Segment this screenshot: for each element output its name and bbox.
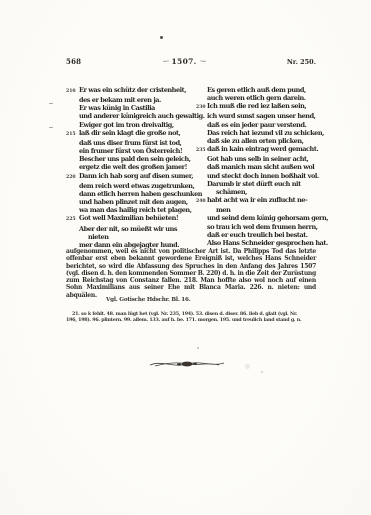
verse-text: so trau ich wol dem frumen herrn, <box>207 223 318 231</box>
verse-line: Got hab uns selb in seiner acht, <box>196 155 316 163</box>
verse-line-number <box>66 233 79 241</box>
verse-line: Also Hans Schneider gesprochen hat. <box>196 239 316 247</box>
scan-speck <box>261 371 263 373</box>
verse-line: daß sie zu allen orten plicken, <box>196 137 316 145</box>
scan-speck <box>160 36 163 39</box>
verse-line: 235daß in kain eintrag werd gemacht. <box>196 145 316 155</box>
verse-line: ich wurd sunst sagen unser hend, <box>196 112 316 120</box>
verse-text: Ich muß die red iez laßen sein, <box>207 102 306 112</box>
verse-line-number <box>196 112 207 120</box>
verse-line: so trau ich wol dem frumen herrn, <box>196 223 316 231</box>
verse-line: Er was künig in Castilia <box>66 104 196 112</box>
verse-text: daß es ein jeder paur verstend. <box>207 121 306 129</box>
poem-column-left: 210Er was ein schütz der cristenheit,des… <box>66 86 196 249</box>
verse-text: auch weren etlich gern darein. <box>207 94 306 102</box>
verse-text: dann etlich herren haben geschunken <box>79 190 202 198</box>
verse-text: Er was künig in Castilia <box>79 104 155 112</box>
verse-line: daß es ein jeder paur verstend. <box>196 121 316 129</box>
verse-text: Es geren etlich auß dem pund, <box>207 86 306 94</box>
verse-line: und steckt doch innen boßhait vol. <box>196 172 316 180</box>
verse-text: daß sie zu allen orten plicken, <box>207 137 303 145</box>
verse-text: ich wurd sunst sagen unser hend, <box>207 112 315 120</box>
verse-text: dem reich werd etwas zugetrunken, <box>79 182 194 190</box>
verse-line-number <box>66 147 79 155</box>
verse-line: auch weren etlich gern darein. <box>196 94 316 102</box>
verse-line-number <box>196 94 207 102</box>
verse-line-number <box>196 129 207 137</box>
verse-line-number: 225 <box>66 214 79 224</box>
verse-line: ergetz die welt des großen jamer! <box>66 163 196 171</box>
verse-line: Bescher uns pald den sein geleich, <box>66 155 196 163</box>
verse-line-number: 210 <box>66 86 79 96</box>
verse-text: Das reich hat iezund vil zu schicken, <box>207 129 324 137</box>
verse-text: nieten <box>79 233 109 241</box>
verse-text: wa man das hailig reich tet plagen, <box>79 206 192 214</box>
verse-line: Das reich hat iezund vil zu schicken, <box>196 129 316 137</box>
verse-text: schämen, <box>207 188 247 196</box>
verse-text: daß er euch treulich bei bestat. <box>207 231 308 239</box>
verse-line-number <box>66 104 79 112</box>
verse-line: men <box>196 206 316 214</box>
verse-text: Dann ich hab sorg auf disen sumer, <box>79 172 193 182</box>
footnote-line: 196, 198). 96. plintern. 99. allem. 133.… <box>66 317 316 323</box>
margin-mark <box>49 127 53 128</box>
verse-line-number <box>66 155 79 163</box>
verse-text: des er bekam mit eren ja. <box>79 96 161 104</box>
verse-line: dann etlich herren haben geschunken <box>66 190 196 198</box>
header-ornament-right-icon: ◦∽ <box>199 59 205 65</box>
verse-line: wa man das hailig reich tet plagen, <box>66 206 196 214</box>
verse-text: Darumb ir stet dürft euch nit <box>207 180 301 188</box>
scan-speck <box>245 364 250 369</box>
page-number: 568 <box>66 57 81 66</box>
verse-line-number <box>66 190 79 198</box>
verse-line: daß uns diser frum fürst ist tod, <box>66 139 196 147</box>
verse-line: und anderer künigreich auch gewaltig. <box>66 112 196 120</box>
verse-line: 215laß dir sein klagt die große not, <box>66 129 196 139</box>
verse-line-number <box>196 163 207 171</box>
verse-text: Got well Maximilian behüeten! <box>79 214 178 224</box>
verse-line-number: 230 <box>196 102 207 112</box>
verse-line-number <box>196 239 207 247</box>
verse-line-number <box>196 180 207 188</box>
poem-columns: 210Er was ein schütz der cristenheit,des… <box>66 86 316 249</box>
verse-line-number <box>196 137 207 145</box>
verse-text: Also Hans Schneider gesprochen hat. <box>207 239 328 247</box>
verse-line-number: 235 <box>196 145 207 155</box>
verse-line-number: 240 <box>196 196 207 206</box>
verse-line: dem reich werd etwas zugetrunken, <box>66 182 196 190</box>
verse-line: des er bekam mit eren ja. <box>66 96 196 104</box>
scanned-book-page: 568 ∽◦ 1507. ◦∽ Nr. 250. 210Er was ein s… <box>0 0 371 515</box>
verse-line-number <box>66 96 79 104</box>
verse-line-number <box>66 139 79 147</box>
verse-text: und steckt doch innen boßhait vol. <box>207 172 319 180</box>
verse-text: ergetz die welt des großen jamer! <box>79 163 187 171</box>
verse-text: Got hab uns selb in seiner acht, <box>207 155 308 163</box>
verse-text: Bescher uns pald den sein geleich, <box>79 155 191 163</box>
verse-line-number <box>66 112 79 120</box>
verse-text: daß uns diser frum fürst ist tod, <box>79 139 181 147</box>
verse-line-number <box>196 155 207 163</box>
margin-mark <box>49 103 53 104</box>
verse-line-number <box>196 214 207 222</box>
verse-line-number <box>196 172 207 180</box>
verse-line: 230Ich muß die red iez laßen sein, <box>196 102 316 112</box>
verse-line-number <box>196 223 207 231</box>
verse-line: Ewiger got im tron dreivaltig, <box>66 121 196 129</box>
verse-text: Aber der nit, so müeßt wir uns <box>79 225 177 233</box>
verse-text: men <box>207 206 230 214</box>
verse-text: Ewiger got im tron dreivaltig, <box>79 121 174 129</box>
header-ornament-left-icon: ∽◦ <box>163 59 169 65</box>
source-line: Vgl. Gotische Hdschr. Bl. 16. <box>66 297 356 303</box>
verse-text: daß in kain eintrag werd gemacht. <box>207 145 318 155</box>
verse-line-number <box>196 188 207 196</box>
verse-line: und seind dem künig gehorsam gern, <box>196 214 316 222</box>
verse-line: Es geren etlich auß dem pund, <box>196 86 316 94</box>
verse-line-number <box>196 86 207 94</box>
verse-line-number <box>66 206 79 214</box>
verse-text: und seind dem künig gehorsam gern, <box>207 214 328 222</box>
verse-text: ein frumer fürst von Österreich! <box>79 147 182 155</box>
page-header: 568 ∽◦ 1507. ◦∽ Nr. 250. <box>66 57 316 66</box>
verse-text: laß dir sein klagt die große not, <box>79 129 180 139</box>
verse-line-number <box>196 121 207 129</box>
verse-line: 225Got well Maximilian behüeten! <box>66 214 196 224</box>
verse-line: daß er euch treulich bei bestat. <box>196 231 316 239</box>
verse-line: nieten <box>66 233 196 241</box>
verse-line: Darumb ir stet dürft euch nit <box>196 180 316 188</box>
year-label: 1507. <box>172 57 197 66</box>
verse-line-number <box>196 231 207 239</box>
running-title-year: ∽◦ 1507. ◦∽ <box>163 57 206 66</box>
verse-text: daß manich man sicht außen wol <box>207 163 314 171</box>
scan-speck <box>197 347 199 349</box>
verse-text: und anderer künigreich auch gewaltig. <box>79 112 205 120</box>
verse-line: und haben plinzet mit den augen, <box>66 198 196 206</box>
verse-line-number: 215 <box>66 129 79 139</box>
verse-line-number <box>66 225 79 233</box>
verse-text: Er was ein schütz der cristenheit, <box>79 86 186 96</box>
verse-line: 240habt acht wa ir ein zuflucht ne- <box>196 196 316 206</box>
verse-line-number <box>66 163 79 171</box>
verse-line-number <box>66 198 79 206</box>
issue-number: Nr. 250. <box>287 58 316 66</box>
verse-line-number <box>66 182 79 190</box>
verse-line-number: 220 <box>66 172 79 182</box>
poem-column-right: Es geren etlich auß dem pund,auch weren … <box>196 86 316 249</box>
verse-line-number <box>196 206 207 214</box>
verse-line: 220Dann ich hab sorg auf disen sumer, <box>66 172 196 182</box>
verse-text: habt acht wa ir ein zuflucht ne- <box>207 196 307 206</box>
commentary-paragraph: aufgenommen, weil es nicht von politisch… <box>66 248 316 299</box>
verse-line: 210Er was ein schütz der cristenheit, <box>66 86 196 96</box>
verse-line: Aber der nit, so müeßt wir uns <box>66 225 196 233</box>
verse-line: ein frumer fürst von Österreich! <box>66 147 196 155</box>
verse-text: und haben plinzet mit den augen, <box>79 198 188 206</box>
verse-line: schämen, <box>196 188 316 196</box>
divider-flourish-icon <box>148 358 226 370</box>
footnote-block: 21. so k fehlt. 48. man lügt het (vgl. N… <box>66 311 316 324</box>
verse-line-number <box>66 121 79 129</box>
verse-line: daß manich man sicht außen wol <box>196 163 316 171</box>
